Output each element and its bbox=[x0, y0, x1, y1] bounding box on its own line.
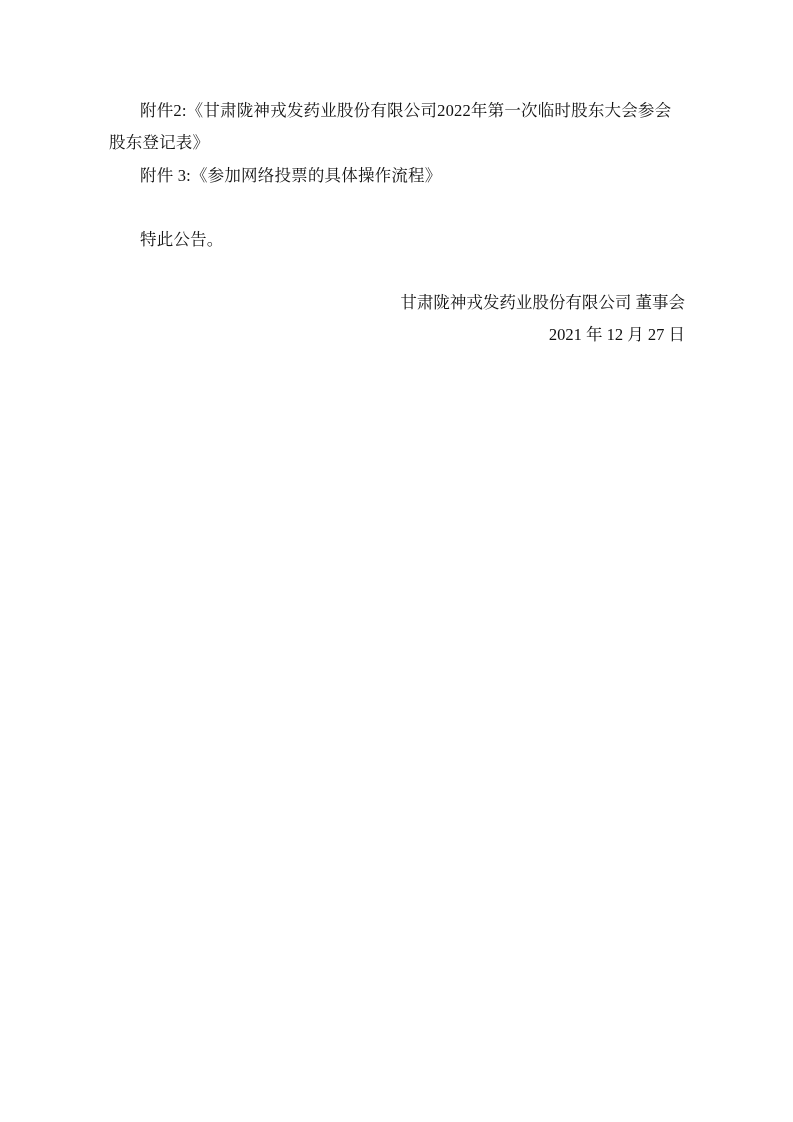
attachment-3: 附件 3:《参加网络投票的具体操作流程》 bbox=[140, 166, 441, 186]
signature-organization: 甘肃陇神戎发药业股份有限公司 董事会 bbox=[400, 293, 685, 313]
attachment-2-line-1: 附件2:《甘肃陇神戎发药业股份有限公司2022年第一次临时股东大会参会 bbox=[140, 101, 671, 121]
attachment-2-line-2: 股东登记表》 bbox=[109, 133, 209, 153]
signature-date: 2021 年 12 月 27 日 bbox=[549, 325, 685, 345]
document-page: 附件2:《甘肃陇神戎发药业股份有限公司2022年第一次临时股东大会参会 股东登记… bbox=[0, 0, 793, 1122]
closing-statement: 特此公告。 bbox=[140, 230, 224, 250]
